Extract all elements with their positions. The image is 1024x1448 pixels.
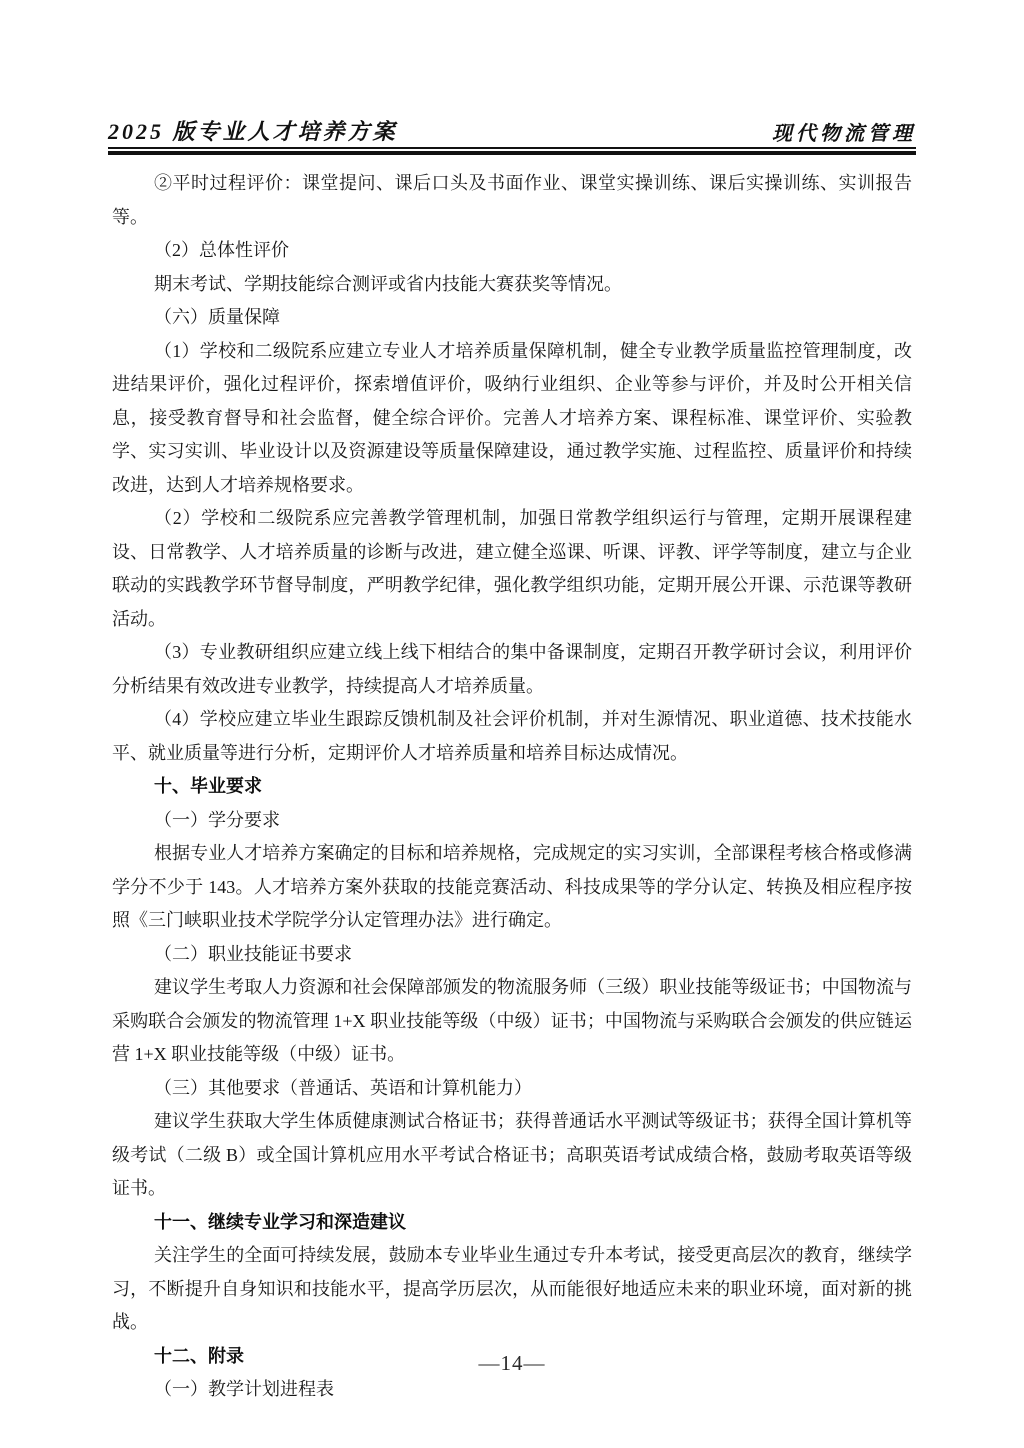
paragraph: ②平时过程评价：课堂提问、课后口头及书面作业、课堂实操训练、课后实操训练、实训报… <box>112 167 912 234</box>
paragraph: 建议学生获取大学生体质健康测试合格证书；获得普通话水平测试等级证书；获得全国计算… <box>112 1105 912 1206</box>
paragraph: 根据专业人才培养方案确定的目标和培养规格，完成规定的实习实训，全部课程考核合格或… <box>112 837 912 938</box>
paragraph: 关注学生的全面可持续发展，鼓励本专业毕业生通过专升本考试，接受更高层次的教育，继… <box>112 1239 912 1340</box>
section-heading: 十、毕业要求 <box>112 770 912 804</box>
header-document-title: 2025 版专业人才培养方案 <box>108 115 398 146</box>
paragraph: （一）学分要求 <box>112 804 912 838</box>
page-number: —14— <box>479 1351 546 1375</box>
paragraph: （3）专业教研组织应建立线上线下相结合的集中备课制度，定期召开教学研讨会议，利用… <box>112 636 912 703</box>
divider-thin-line <box>108 147 916 149</box>
paragraph: （2）总体性评价 <box>112 234 912 268</box>
paragraph: （六）质量保障 <box>112 301 912 335</box>
paragraph: （2）学校和二级院系应完善教学管理机制，加强日常教学组织运行与管理，定期开展课程… <box>112 502 912 636</box>
page-header: 2025 版专业人才培养方案 现代物流管理 <box>108 116 916 146</box>
paragraph: （三）其他要求（普通话、英语和计算机能力） <box>112 1072 912 1106</box>
divider-thick-line <box>108 151 916 155</box>
document-page: 2025 版专业人才培养方案 现代物流管理 ②平时过程评价：课堂提问、课后口头及… <box>0 0 1024 1448</box>
paragraph: （1）学校和二级院系应建立专业人才培养质量保障机制，健全专业教学质量监控管理制度… <box>112 335 912 503</box>
document-body: ②平时过程评价：课堂提问、课后口头及书面作业、课堂实操训练、课后实操训练、实训报… <box>112 167 912 1407</box>
paragraph: 建议学生考取人力资源和社会保障部颁发的物流服务师（三级）职业技能等级证书；中国物… <box>112 971 912 1072</box>
paragraph: （4）学校应建立毕业生跟踪反馈机制及社会评价机制，并对生源情况、职业道德、技术技… <box>112 703 912 770</box>
section-heading: 十一、继续专业学习和深造建议 <box>112 1206 912 1240</box>
paragraph: （二）职业技能证书要求 <box>112 938 912 972</box>
paragraph: 期末考试、学期技能综合测评或省内技能大赛获奖等情况。 <box>112 268 912 302</box>
header-divider <box>108 147 916 155</box>
header-major-title: 现代物流管理 <box>772 117 916 146</box>
page-footer: —14— <box>0 1351 1024 1376</box>
paragraph: （一）教学计划进程表 <box>112 1373 912 1407</box>
